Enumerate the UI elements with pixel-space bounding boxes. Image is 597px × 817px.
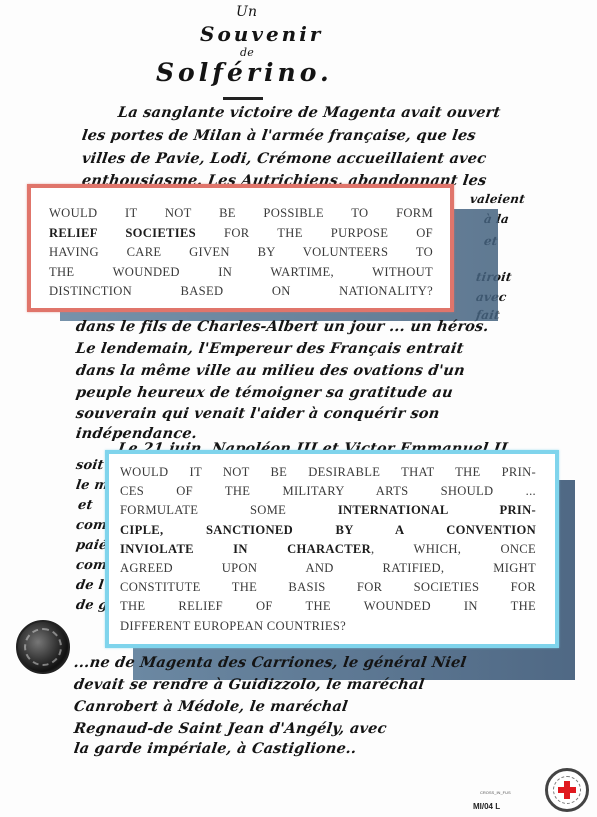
manuscript-title-souvenir: Souvenir — [200, 22, 323, 46]
manuscript-fragment: soit — [75, 458, 105, 473]
quote-line: FORMULATE SOME INTERNATIONAL PRIN- — [120, 501, 536, 520]
manuscript-line: souverain qui venait l'aider à conquérir… — [75, 405, 441, 422]
quote-line: THE RELIEF OF THE WOUNDED IN THE — [120, 597, 536, 616]
wax-seal-emblem — [16, 620, 70, 674]
manuscript-fragment: et — [77, 498, 94, 513]
manuscript-fragment: de g — [75, 598, 109, 613]
red-cross-icon — [564, 781, 570, 799]
quote-international-principle: WOULD IT NOT BE DESIRABLE THAT THE PRIN-… — [120, 463, 536, 636]
manuscript-fragment: valeient — [469, 192, 526, 206]
manuscript-line: La sanglante victoire de Magenta avait o… — [117, 104, 502, 121]
manuscript-line: devait se rendre à Guidizzolo, le maréch… — [73, 676, 426, 693]
manuscript-line: ...ne de Magenta des Carriones, le génér… — [73, 654, 468, 671]
manuscript-title-un: Un — [236, 4, 257, 20]
manuscript-line: les portes de Milan à l'armée française,… — [81, 127, 477, 144]
manuscript-title-solferino: Solférino. — [156, 58, 333, 87]
manuscript-line: dans le fils de Charles-Albert un jour .… — [75, 318, 490, 335]
quote-relief-societies: WOULD IT NOT BE POSSIBLE TO FORM RELIEF … — [49, 204, 433, 302]
quote-line: RELIEF SOCIETIES FOR THE PURPOSE OF — [49, 224, 433, 244]
manuscript-fragment: com — [75, 558, 108, 573]
manuscript-line: la garde impériale, à Castiglione.. — [73, 740, 358, 757]
manuscript-fragment: paié — [75, 538, 109, 553]
title-divider — [223, 97, 263, 100]
manuscript-line: peuple heureux de témoigner sa gratitude… — [75, 384, 454, 401]
manuscript-fragment: de l — [75, 578, 105, 593]
red-cross-emblem-icon — [545, 768, 589, 812]
manuscript-line: villes de Pavie, Lodi, Crémone accueilla… — [81, 150, 488, 167]
quote-line: CIPLE, SANCTIONED BY A CONVENTION — [120, 521, 536, 540]
quote-line: INVIOLATE IN CHARACTER, WHICH, ONCE — [120, 540, 536, 559]
manuscript-line: Canrobert à Médole, le maréchal — [73, 698, 349, 715]
manuscript-line: dans la même ville au milieu des ovation… — [75, 362, 466, 379]
quote-line: AGREED UPON AND RATIFIED, MIGHT — [120, 559, 536, 578]
quote-line: CES OF THE MILITARY ARTS SHOULD ... — [120, 482, 536, 501]
reference-small-text: CROSS_IN_FUS — [480, 790, 511, 795]
quote-line: WOULD IT NOT BE POSSIBLE TO FORM — [49, 204, 433, 224]
manuscript-fragment: com — [75, 518, 108, 533]
manuscript-line: Regnaud-de Saint Jean d'Angély, avec — [73, 720, 388, 737]
document-page: Un Souvenir de Solférino. La sanglante v… — [0, 0, 597, 817]
quote-line: HAVING CARE GIVEN BY VOLUNTEERS TO — [49, 243, 433, 263]
quote-line: DISTINCTION BASED ON NATIONALITY? — [49, 282, 433, 302]
quote-line: CONSTITUTE THE BASIS FOR SOCIETIES FOR — [120, 578, 536, 597]
manuscript-line: Le lendemain, l'Empereur des Français en… — [75, 340, 465, 357]
quote-line: DIFFERENT EUROPEAN COUNTRIES? — [120, 617, 536, 636]
reference-code: MI/04 L — [473, 802, 500, 811]
quote-line: THE WOUNDED IN WARTIME, WITHOUT — [49, 263, 433, 283]
quote-line: WOULD IT NOT BE DESIRABLE THAT THE PRIN- — [120, 463, 536, 482]
